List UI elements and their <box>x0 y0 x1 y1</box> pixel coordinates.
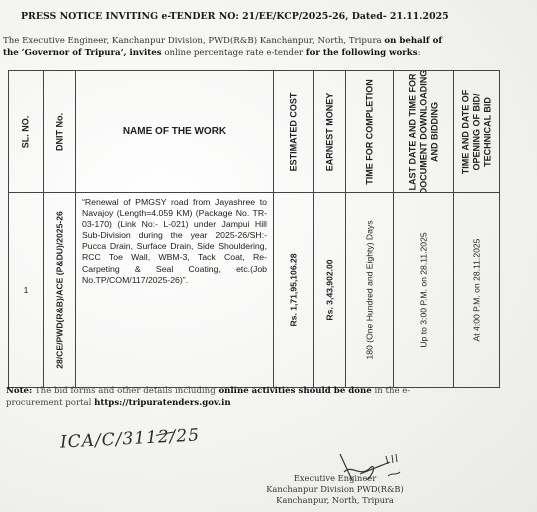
signatory-location: Kanchanpur, North, Tripura <box>255 495 415 506</box>
handwritten-reference: ICA/C/3112/25 <box>60 425 201 452</box>
table-row: 1 28/CE/PWD(R&B)/ACE (P&DU)/2025-26 “Ren… <box>9 193 500 388</box>
signature-block: Executive Engineer Kanchanpur Division P… <box>255 473 415 506</box>
signatory-division: Kanchanpur Division PWD(R&B) <box>255 484 415 495</box>
header-time-for-completion: TIME FOR COMPLETION <box>346 71 394 193</box>
note-text-1: The bid forms and other details includin… <box>32 386 218 396</box>
cell-opening-date: At 4:00 P.M. on 28.11.2025 <box>454 193 500 388</box>
intro-bold-2: for the following works <box>306 48 418 58</box>
tender-notice-title: PRESS NOTICE INVITING e-TENDER NO: 21/EE… <box>21 11 449 22</box>
cell-earnest-money: Rs. 3,43,902.00 <box>314 193 346 388</box>
intro-text-2: online percentage rate e-tender <box>162 48 306 58</box>
header-name-of-work: NAME OF THE WORK <box>76 71 274 193</box>
intro-text-3: : <box>418 48 421 58</box>
header-last-date: LAST DATE AND TIME FOR DOCUMENT DOWNLOAD… <box>394 71 454 193</box>
header-earnest-money: EARNEST MONEY <box>314 71 346 193</box>
tender-table: SL. NO. DNIT No. NAME OF THE WORK ESTIMA… <box>8 70 500 388</box>
signatory-title: Executive Engineer <box>255 473 415 484</box>
cell-estimated-cost: Rs. 1,71,95,106.28 <box>274 193 314 388</box>
portal-link[interactable]: https://tripuratenders.gov.in <box>94 398 231 408</box>
header-sl-no: SL. NO. <box>9 71 44 193</box>
note-label: Note: <box>6 386 32 396</box>
table-header-row: SL. NO. DNIT No. NAME OF THE WORK ESTIMA… <box>9 71 500 193</box>
note-paragraph: Note: The bid forms and other details in… <box>6 385 446 409</box>
header-estimated-cost: ESTIMATED COST <box>274 71 314 193</box>
intro-paragraph: The Executive Engineer, Kanchanpur Divis… <box>3 35 448 60</box>
note-bold: online activities should be done <box>218 386 371 396</box>
header-dnit-no: DNIT No. <box>44 71 76 193</box>
cell-time-for-completion: 180 (One Hundred and Eighty) Days <box>346 193 394 388</box>
cell-last-date: Up to 3:00 P.M. on 28.11.2025 <box>394 193 454 388</box>
intro-text-1: The Executive Engineer, Kanchanpur Divis… <box>3 36 384 46</box>
cell-name-of-work: “Renewal of PMGSY road from Jayashree to… <box>76 193 274 388</box>
cell-dnit-no: 28/CE/PWD(R&B)/ACE (P&DU)/2025-26 <box>44 193 76 388</box>
header-opening-date: TIME AND DATE OF OPENING OF BID/ TECHNIC… <box>454 71 500 193</box>
cell-sl-no: 1 <box>9 193 44 388</box>
